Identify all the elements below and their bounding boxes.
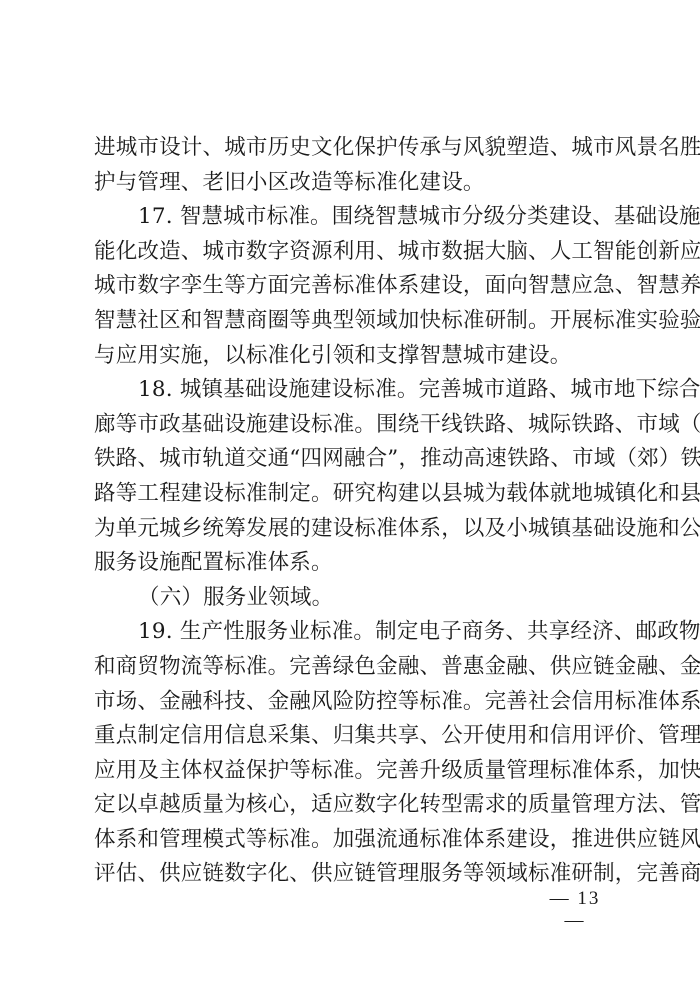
text-line: 智慧社区和智慧商圈等典型领域加快标准研制。开展标准实验验证	[94, 304, 624, 339]
document-body: 进城市设计、城市历史文化保护传承与风貌塑造、城市风景名胜保 护与管理、老旧小区改…	[94, 131, 624, 892]
text-line: 重点制定信用信息采集、归集共享、公开使用和信用评价、管理、	[94, 719, 624, 754]
text-line: 体系和管理模式等标准。加强流通标准体系建设，推进供应链风险	[94, 823, 624, 858]
subsection-heading-services: （六）服务业领域。	[94, 581, 624, 616]
section-19-heading-line: 19. 生产性服务业标准。制定电子商务、共享经济、邮政物流	[94, 615, 624, 650]
text-line: 路等工程建设标准制定。研究构建以县城为载体就地城镇化和县域	[94, 477, 624, 512]
text-line: 城市数字孪生等方面完善标准体系建设，面向智慧应急、智慧养老、	[94, 269, 624, 304]
text-line: 铁路、城市轨道交通“四网融合”，推动高速铁路、市域（郊）铁	[94, 442, 624, 477]
section-17-heading-line: 17. 智慧城市标准。围绕智慧城市分级分类建设、基础设施智	[94, 200, 624, 235]
section-18-heading-line: 18. 城镇基础设施建设标准。完善城市道路、城市地下综合管	[94, 373, 624, 408]
text-line: 能化改造、城市数字资源利用、城市数据大脑、人工智能创新应用、	[94, 235, 624, 270]
text-line: 服务设施配置标准体系。	[94, 546, 624, 581]
page-number: — 13 —	[540, 888, 610, 932]
text-line: 护与管理、老旧小区改造等标准化建设。	[94, 166, 624, 201]
text-line: 进城市设计、城市历史文化保护传承与风貌塑造、城市风景名胜保	[94, 131, 624, 166]
text-line: 定以卓越质量为核心，适应数字化转型需求的质量管理方法、管理	[94, 788, 624, 823]
text-line: 与应用实施，以标准化引领和支撑智慧城市建设。	[94, 339, 624, 374]
text-line: 市场、金融科技、金融风险防控等标准。完善社会信用标准体系，	[94, 685, 624, 720]
text-line: 廊等市政基础设施建设标准。围绕干线铁路、城际铁路、市域（郊）	[94, 408, 624, 443]
text-line: 和商贸物流等标准。完善绿色金融、普惠金融、供应链金融、金融	[94, 650, 624, 685]
text-line: 评估、供应链数字化、供应链管理服务等领域标准研制，完善商务	[94, 857, 624, 892]
text-line: 为单元城乡统筹发展的建设标准体系，以及小城镇基础设施和公共	[94, 512, 624, 547]
text-line: 应用及主体权益保护等标准。完善升级质量管理标准体系，加快制	[94, 754, 624, 789]
